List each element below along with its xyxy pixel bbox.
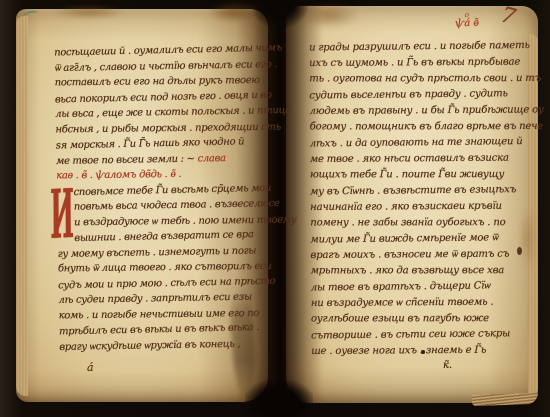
text-line: врагъ моихъ . възносеи ме ѿ вратъ съ (310, 246, 536, 264)
text-line: мрьтныхъ . яко да възвѣщу вьсе хва (311, 263, 537, 279)
text-line: помену . не забы званїа оубогыхъ . по (310, 215, 536, 231)
text-line: лы твое въ вратѣхъ . дъщери Сїѡ (311, 278, 537, 297)
ink-text: ѕя морскыя . Г̃и Г̃ь нашь яко чюдно й (56, 136, 245, 151)
ink-text: нбсныя , и рыбы морскыя . преходящии сть (55, 121, 280, 135)
ink-text: посѣщаеши й . оумалилъ еси его малы чимъ (54, 42, 282, 58)
ink-text: оуглѣбоше езыци въ пагубѣ юже (311, 313, 489, 324)
ink-text: богому . помощникъ въ благо врѣме въ печ… (310, 121, 543, 132)
text-line: оуглѣбоше езыци въ пагубѣ юже (311, 311, 537, 327)
text-line: ть . оуготова на судъ прѣстоль свои . и … (309, 71, 535, 87)
right-quire-signature: к̃. (443, 360, 452, 371)
ink-text: поставилъ еси его на дѣлы рукъ твоею . (55, 75, 266, 89)
text-line: лѣхъ . и да оуповають на те знающеи й (310, 134, 536, 153)
ink-text: вышнии . внегда възвратит се вра (74, 229, 253, 244)
left-quire-signature: а́ (87, 361, 94, 374)
ink-text: помену . не забы званїа оубогыхъ . по (310, 217, 505, 228)
left-page-text: посѣщаеши й . оумалилъ еси его малы чимъ… (54, 41, 271, 355)
ink-text: ни възрадуемсе ѡ сп̃сенїи твоемь . (311, 297, 494, 309)
ink-text: бнуть ѿ лица твоего . яко сътворилъ еси (58, 261, 272, 275)
ink-text: начинанїа его . яко възискаеи кръвїи (310, 201, 502, 213)
text-line: милуи ме Г̃и виждь смѣренїе мое ѿ (310, 230, 536, 249)
ink-text: повѣмь вьса чюдеса твоа . възвеселюсе (74, 198, 280, 213)
ink-text: и грады разрушилъ еси . и погыбе паметь (309, 40, 530, 54)
psalm-running-header: о ѱа́ ѳ̃ (447, 10, 488, 29)
text-line: ющихъ тебе Г̃и . поите Г̃ви живущу (310, 167, 536, 183)
text-line: ме твое . яко нѣси оставилъ възиска (310, 150, 536, 168)
bottom-right-leaf-edges (472, 393, 538, 406)
ink-text: ѿ агг̃лъ , славою и чьстїю вѣнчалъ еси е… (54, 59, 277, 74)
ink-text: врагу ѡскудѣше ѡружїа въ конець , (59, 338, 240, 352)
ink-text: лы твое въ вратѣхъ . дъщери Сїѡ (311, 280, 491, 293)
text-line: ни възрадуемсе ѡ сп̃сенїи твоемь . (311, 294, 537, 312)
ink-text: мрьтныхъ . яко да възвѣщу вьсе хва (311, 265, 505, 276)
text-line: судить вьселенѣи въ правду . судить (309, 86, 535, 105)
rubric-text: каѳ . в̃ . ѱаломъ дв̃дь . ѳ̃ . (56, 169, 181, 182)
text-line: начинанїа его . яко възискаеи кръвїи (310, 198, 536, 216)
ink-text: сътворише . въ сѣти сеи юже съкры (311, 328, 510, 341)
ink-text: комь . и погыбе нечьстивыи име его по (59, 307, 260, 320)
ink-text: судъ мои и прю мою . сѣлъ еси на прѣсто (58, 275, 275, 291)
running-header-text: ѱа́ ѳ̃ (447, 17, 487, 29)
ink-text: ме твое по вьсеи земли : ~ (56, 153, 198, 166)
text-line: людемь въ правыну . и бы Г̃ь прибѣжище о… (309, 102, 535, 120)
text-line: му въ Сїѡнѣ . възвѣстите въ езыцѣхъ (310, 182, 536, 201)
ink-text: лѣхъ . и да оуповають на те знающеи й (310, 136, 523, 149)
ink-text: и въздрадуюсе ѡ тебѣ . пою имени твоему (74, 214, 296, 228)
manuscript-photo: посѣщаеши й . оумалилъ еси его малы чимъ… (0, 0, 550, 417)
text-line: и грады разрушилъ еси . и погыбе паметь (309, 38, 535, 57)
ink-text: людемь въ правыну . и бы Г̃ь прибѣжище о… (309, 104, 543, 117)
ink-text: лѣ судеи правду . запрѣтилъ еси езы (58, 292, 251, 306)
ink-text: му въ Сїѡнѣ . възвѣстите въ езыцѣхъ (310, 184, 516, 197)
ink-text: милуи ме Г̃и виждь смѣренїе мое ѿ (310, 232, 498, 245)
ink-text: трѣбилъ еси въ вѣкы и въ вѣкъ вѣка . (59, 322, 259, 337)
ink-text: вьса покорилъ еси под нозѣ его . овця и … (55, 89, 272, 105)
ink-text: ющихъ тебе Г̃и . поите Г̃ви живущу (310, 169, 504, 180)
text-line: ихъ съ шумомь . и Г̃ь въ вѣкы прѣбывае (309, 54, 535, 72)
ink-text: ме твое . яко нѣси оставилъ възиска (310, 153, 509, 165)
footer-dot (421, 350, 425, 354)
ink-text: ше . оувезе нога ихъ . знаемь е Г̃ь (311, 345, 486, 357)
ink-text: ихъ съ шумомь . и Г̃ь въ вѣкы прѣбывае (309, 57, 520, 69)
ink-text: гу моему въспеть . изнемогуть и погы (58, 245, 257, 259)
rubric-text: слава (197, 153, 225, 164)
text-line: сътворише . въ сѣти сеи юже съкры (311, 326, 537, 345)
text-line: богому . помощникъ въ благо врѣме въ печ… (310, 119, 536, 135)
ink-text: судить вьселенѣи въ правду . судить (309, 88, 507, 101)
rubricated-initial-letter: И (50, 181, 74, 249)
ink-text: ть . оуготова на судъ прѣстоль свои . и … (309, 73, 541, 84)
right-page-text: и грады разрушилъ еси . и погыбе паметьи… (309, 38, 537, 360)
ink-text: врагъ моихъ . възносеи ме ѿ вратъ съ (310, 249, 509, 261)
ink-text: сповѣмсе тебе Г̃и вьсѣмь ср̃цемь мои (73, 182, 271, 197)
